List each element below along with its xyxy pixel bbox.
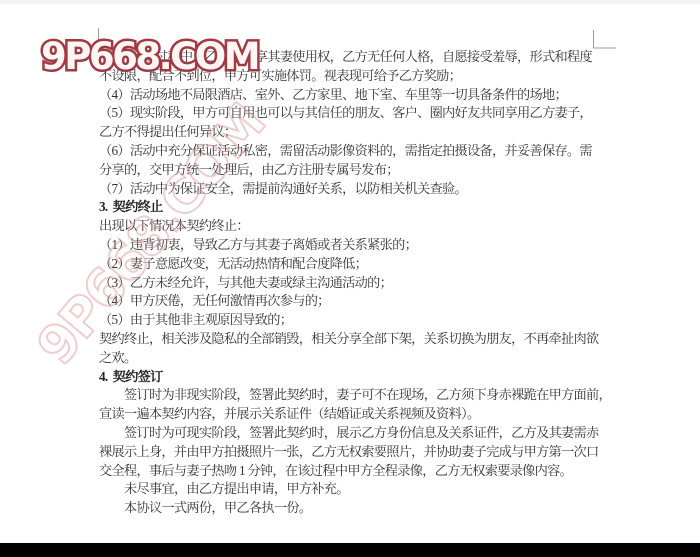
text-line: （4）活动场地不局限酒店、室外、乙方家里、地下室、车里等一切具备条件的场地； [99, 86, 607, 105]
text-line: 之欢。 [99, 349, 607, 368]
text-line: 分享的，交甲方统一处理后，由乙方注册专属号发布； [99, 161, 607, 180]
text-line: 签订时为非现实阶段，签署此契约时，妻子可不在现场，乙方须下身赤裸跪在甲方面前， [99, 386, 607, 405]
margin-mark-top-left [97, 27, 103, 49]
document-page: （3）活动过程中，乙方不再享其妻使用权，乙方无任何人格，自愿接受羞辱，形式和程度… [0, 0, 700, 557]
text-line: （2）妻子意愿改变，无活动热情和配合度降低； [99, 255, 607, 274]
bottom-black-bar [0, 543, 700, 557]
text-line: 4. 契约签订 [99, 368, 607, 387]
text-line: 乙方不得提出任何异议； [99, 123, 607, 142]
text-line: （6）活动中充分保证活动私密，需留活动影像资料的，需指定拍摄设备，并妥善保存。需 [99, 142, 607, 161]
text-line: （3）活动过程中，乙方不再享其妻使用权，乙方无任何人格，自愿接受羞辱，形式和程度 [99, 48, 607, 67]
text-line: 裸展示上身，并由甲方拍摄照片一张，乙方无权索要照片，并协助妻子完成与甲方第一次口 [99, 443, 607, 462]
text-line: （1）违背初衷，导致乙方与其妻子离婚或者关系紧张的； [99, 236, 607, 255]
text-line: 契约终止，相关涉及隐私的全部销毁，相关分享全部下架，关系切换为朋友，不再牵扯肉欲 [99, 330, 607, 349]
text-line: （5）现实阶段，甲方可自用也可以与其信任的朋友、客户、圈内好友共同享用乙方妻子， [99, 104, 607, 123]
top-edge-strip [0, 0, 700, 4]
text-line: 不设限，配合不到位，甲方可实施体罚。视表现可给予乙方奖励； [99, 67, 607, 86]
text-line: 签订时为可现实阶段，签署此契约时，展示乙方身份信息及关系证件，乙方及其妻需赤 [99, 424, 607, 443]
text-line: 未尽事宜，由乙方提出申请，甲方补充。 [99, 480, 607, 499]
text-line: 宣读一遍本契约内容，并展示关系证件（结婚证或关系视频及资料）。 [99, 405, 607, 424]
text-line: （4）甲方厌倦，无任何激情再次参与的； [99, 292, 607, 311]
document-lines: （3）活动过程中，乙方不再享其妻使用权，乙方无任何人格，自愿接受羞辱，形式和程度… [99, 48, 607, 518]
text-line: 交全程，事后与妻子热吻 1 分钟，在该过程中甲方全程录像，乙方无权索要录像内容。 [99, 462, 607, 481]
text-line: （3）乙方未经允许，与其他夫妻或绿主沟通活动的； [99, 274, 607, 293]
text-line: 3. 契约终止 [99, 198, 607, 217]
text-line: （5）由于其他非主观原因导致的； [99, 311, 607, 330]
text-line: 本协议一式两份，甲乙各执一份。 [99, 499, 607, 518]
text-line: （7）活动中为保证安全，需提前沟通好关系，以防相关机关查验。 [99, 180, 607, 199]
text-line: 出现以下情况本契约终止： [99, 217, 607, 236]
